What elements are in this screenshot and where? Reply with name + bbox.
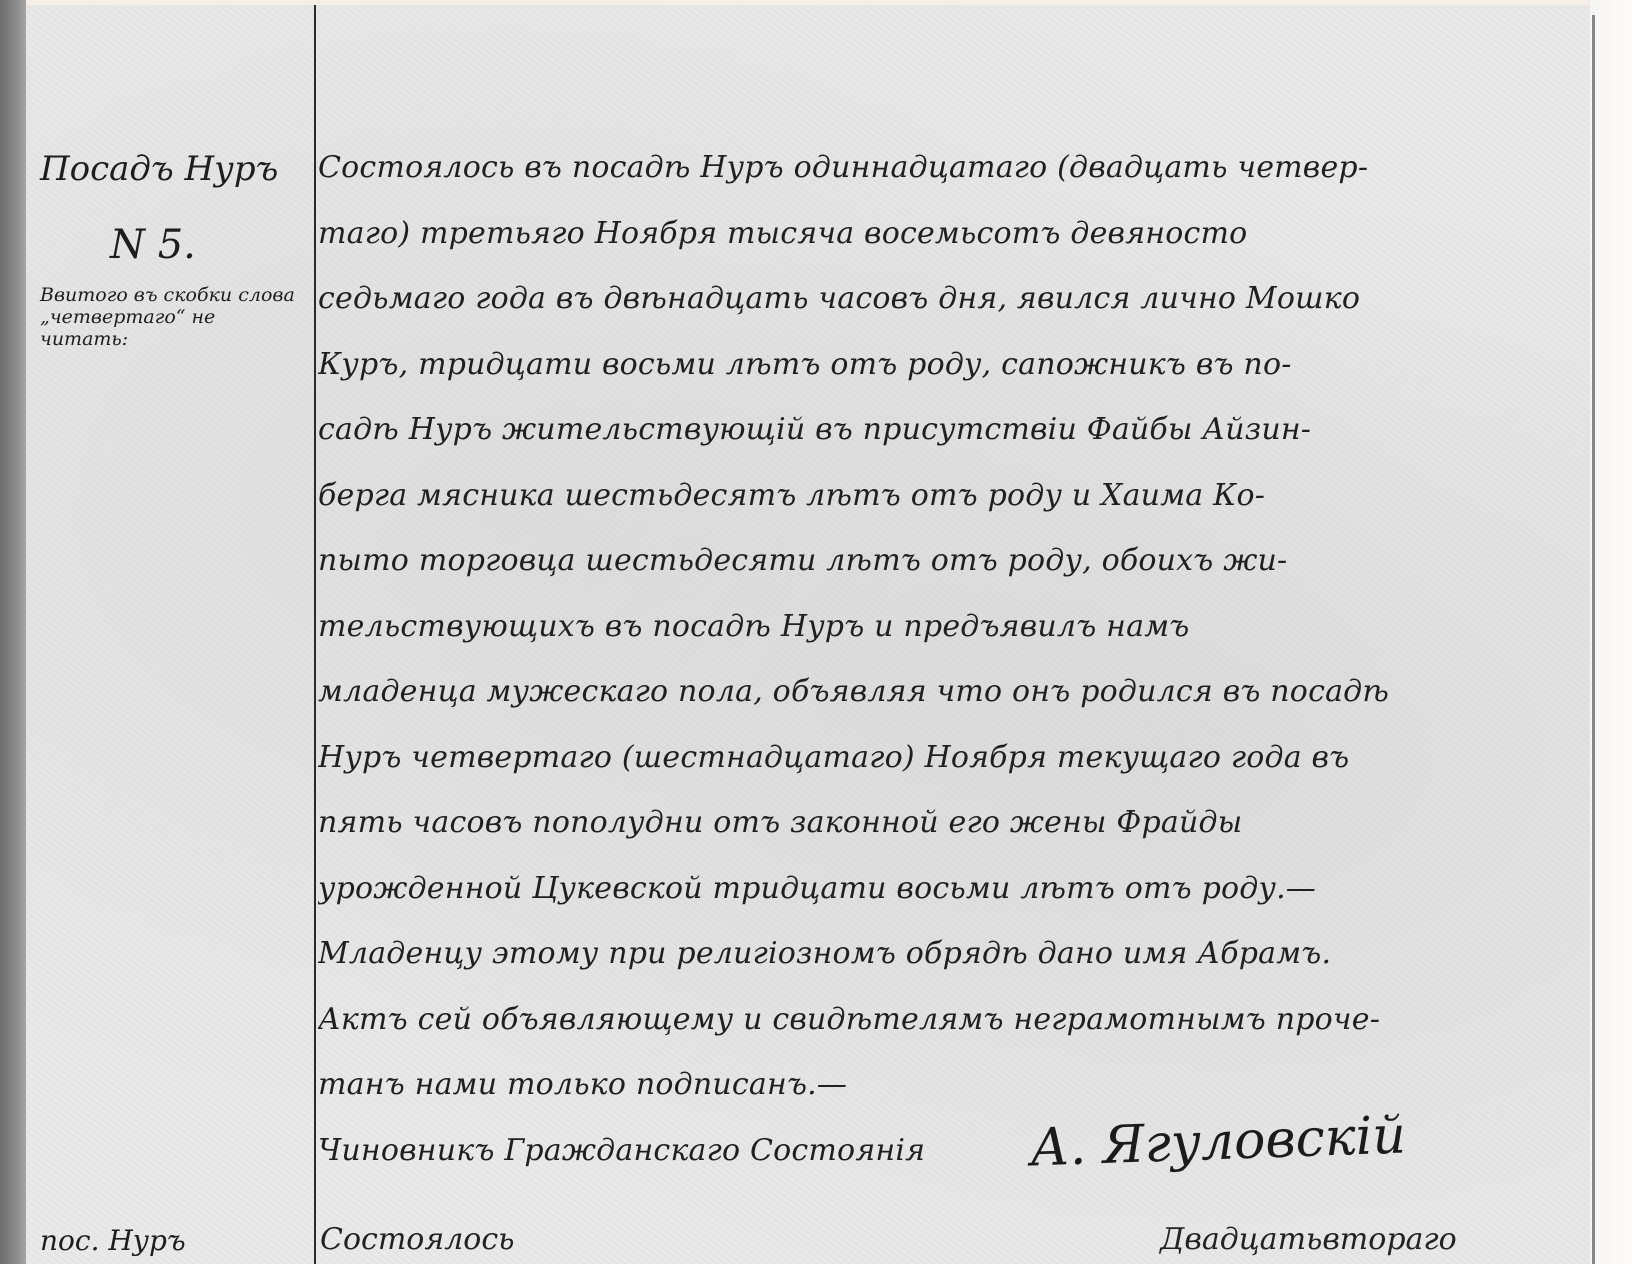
- next-entry-partial-word: Двадцатьвтораго: [1160, 1222, 1457, 1257]
- text-line: урожденной Цукевской тридцати восьми лѣт…: [318, 871, 1588, 937]
- scan-right-edge: [1590, 0, 1632, 1264]
- text-line: пыто торговца шестьдесяти лѣтъ отъ роду,…: [318, 543, 1588, 609]
- next-entry-first-word: Состоялось: [320, 1222, 515, 1257]
- text-line: Младенцу этому при религіозномъ обрядѣ д…: [318, 936, 1588, 1002]
- margin-next-entry-title: пос. Нуръ: [40, 1225, 310, 1257]
- text-line: младенца мужескаго пола, объявляя что он…: [318, 674, 1588, 740]
- text-line: седьмаго года въ двѣнадцать часовъ дня, …: [318, 281, 1588, 347]
- text-line: Нуръ четвертаго (шестнадцатаго) Ноября т…: [318, 740, 1588, 806]
- text-line: таго) третьяго Ноября тысяча восемьсотъ …: [318, 216, 1588, 282]
- margin-place-title: Посадъ Нуръ: [40, 150, 310, 189]
- text-line: Актъ сей объявляющему и свидѣтелямъ негр…: [318, 1002, 1588, 1068]
- record-text: Состоялось въ посадѣ Нуръ одиннадцатаго …: [318, 150, 1588, 1198]
- text-line: берга мясника шестьдесятъ лѣтъ отъ роду …: [318, 478, 1588, 544]
- text-line: тельствующихъ въ посадѣ Нуръ и предъявил…: [318, 609, 1588, 675]
- text-line: Состоялось въ посадѣ Нуръ одиннадцатаго …: [318, 150, 1588, 216]
- next-entry-start: Состоялось Двадцатьвтораго: [320, 1222, 1580, 1257]
- scan-left-shadow: [0, 0, 26, 1264]
- margin-correction-note: Ввитого въ скобки слова „четвертаго“ не …: [40, 285, 295, 351]
- right-margin-rule: [1592, 15, 1595, 1264]
- text-line: садѣ Нуръ жительствующій въ присутствіи …: [318, 412, 1588, 478]
- left-margin-rule: [314, 5, 316, 1264]
- text-line: Куръ, тридцати восьми лѣтъ отъ роду, сап…: [318, 347, 1588, 413]
- text-line: пять часовъ пополудни отъ законной его ж…: [318, 805, 1588, 871]
